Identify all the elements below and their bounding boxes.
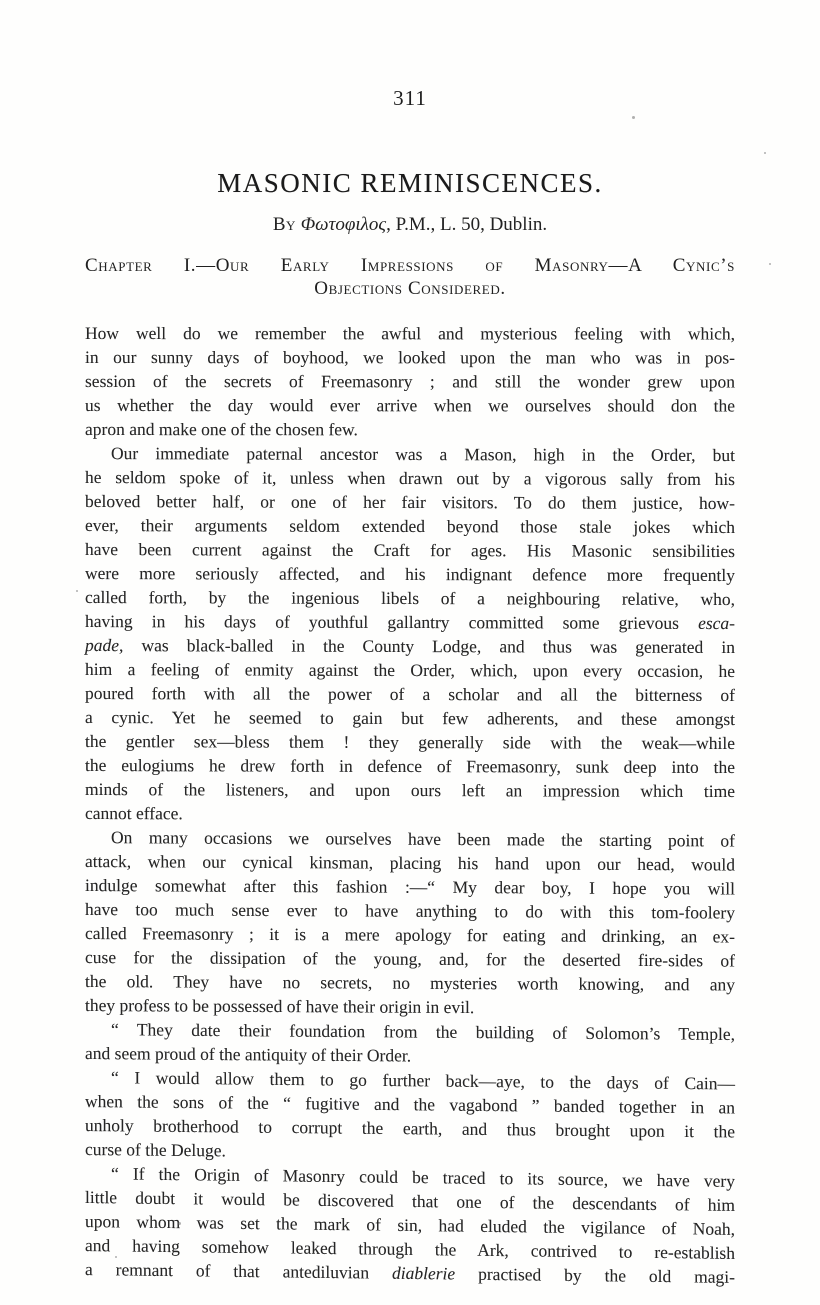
- scan-speck: [76, 590, 78, 592]
- text-line: cannot efface.: [85, 801, 735, 827]
- text-line: On many occasions we ourselves have been…: [85, 825, 735, 853]
- text-line: How well do we remember the awful and my…: [85, 321, 735, 346]
- text-line: minds of the listeners, and upon ours le…: [85, 777, 735, 803]
- text-line: have too much sense ever to have anythin…: [85, 897, 735, 925]
- text-line: called Freemasonry ; it is a mere apolog…: [85, 921, 735, 949]
- text-line: having in his days of youthful gallantry…: [85, 609, 735, 635]
- page-number: 311: [0, 86, 820, 110]
- text-line: have been current against the Craft for …: [85, 537, 735, 563]
- scan-speck: [632, 116, 635, 119]
- text-line: session of the secrets of Freemasonry ; …: [85, 369, 735, 394]
- paragraph: On many occasions we ourselves have been…: [85, 825, 735, 1021]
- byline: By Φωτοφιλος, P.M., L. 50, Dublin.: [0, 212, 820, 238]
- paragraph: “ I would allow them to go further back—…: [85, 1065, 735, 1167]
- text-line: a cynic. Yet he seemed to gain but few a…: [85, 705, 735, 731]
- text-line: apron and make one of the chosen few.: [85, 417, 735, 442]
- text-line: were more seriously affected, and his in…: [85, 561, 735, 587]
- paragraph: “ If the Origin of Masonry could be trac…: [85, 1161, 735, 1289]
- scan-speck: [115, 1256, 117, 1258]
- text-line: pade, was black-balled in the County Lod…: [85, 633, 735, 659]
- paragraph: How well do we remember the awful and my…: [85, 321, 735, 442]
- byline-author-pseudonym: Φωτοφιλος: [301, 214, 386, 235]
- paragraph: “ They date their foundation from the bu…: [85, 1017, 735, 1070]
- chapter-heading: Chapter I.—Our Early Impressions of Maso…: [85, 254, 735, 300]
- text-line: ever, their arguments seldom extended be…: [85, 513, 735, 539]
- text-line: him a feeling of enmity against the Orde…: [85, 657, 735, 683]
- text-line: us whether the day would ever arrive whe…: [85, 393, 735, 418]
- text-line: poured forth with all the power of a sch…: [85, 681, 735, 707]
- text-line: called forth, by the ingenious libels of…: [85, 585, 735, 611]
- text-line: attack, when our cynical kinsman, placin…: [85, 849, 735, 877]
- text-line: indulge somewhat after this fashion :—“ …: [85, 873, 735, 901]
- text-line: Our immediate paternal ancestor was a Ma…: [85, 441, 735, 467]
- scanned-document-page: 311 MASONIC REMINISCENCES. By Φωτοφιλος,…: [0, 0, 820, 1305]
- scan-speck: [178, 1222, 181, 1225]
- byline-by-label: By: [273, 214, 296, 235]
- text-line: cuse for the dissipation of the young, a…: [85, 945, 735, 973]
- article-title: MASONIC REMINISCENCES.: [0, 168, 820, 198]
- scan-speck: [769, 263, 771, 265]
- text-line: the gentler sex—bless them ! they genera…: [85, 729, 735, 755]
- text-line: he seldom spoke of it, unless when drawn…: [85, 465, 735, 491]
- text-line: they profess to be possessed of have the…: [85, 993, 735, 1021]
- text-line: the old. They have no secrets, no myster…: [85, 969, 735, 997]
- scan-speck: [764, 152, 766, 154]
- chapter-heading-line-2: Objections Considered.: [85, 277, 735, 300]
- paragraph: Our immediate paternal ancestor was a Ma…: [85, 441, 735, 827]
- text-line: beloved better half, or one of her fair …: [85, 489, 735, 515]
- body-text: How well do we remember the awful and my…: [85, 321, 735, 1281]
- text-line: the eulogiums he drew forth in defence o…: [85, 753, 735, 779]
- byline-credentials: , P.M., L. 50, Dublin.: [386, 214, 547, 235]
- chapter-heading-line-1: Chapter I.—Our Early Impressions of Maso…: [85, 254, 735, 277]
- text-line: in our sunny days of boyhood, we looked …: [85, 345, 735, 370]
